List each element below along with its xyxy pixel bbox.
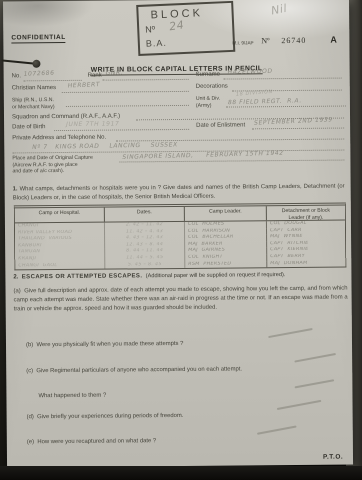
field-dob-value: JUNE 7TH 1917 [66,120,119,127]
field-address-value: Nº 7 KINGS ROAD LANCING SUSSEX [32,141,178,151]
pencil-dash [295,379,335,388]
question-2-heading: ESCAPES OR ATTEMPTED ESCAPES. [22,273,143,280]
questionnaire-page: CONFIDENTIAL BLOCK Nº 24 B.A. M.I. 9/JAP… [3,0,353,467]
question-2a: (a) Give full description and approx. da… [14,285,348,314]
question-2d: (d) Give briefly your experiences during… [27,412,184,422]
stamp-line3: B.A. [146,38,167,49]
confidential-marking: CONFIDENTIAL [11,34,65,43]
field-no-label: No. [12,73,21,79]
block-number-stamp: BLOCK Nº 24 B.A. [136,1,235,56]
field-surname-value: HAZELWOOD [228,68,273,76]
field-address-label: Private Address and Telephone No. [12,135,106,142]
header-camp: Camp or Hospital. [15,208,105,223]
question-2e: (e) How were you recaptured and on what … [27,437,156,447]
serial-suffix: A [330,35,337,45]
pencil-dash [294,353,336,362]
question-1-text: What camps, detachments or hospitals wer… [13,184,345,202]
field-no-value: 1072686 [23,70,54,78]
field-rank-label: Rank [88,73,102,79]
field-ship-label: Ship (R.N., U.S.N. or Merchant Navy) [12,97,55,110]
field-unit-value: 88 FIELD REGT. R.A. [228,97,302,106]
pencil-dash [257,426,297,435]
question-2-number: 2. [13,274,18,280]
question-2-heading-row: 2. ESCAPES OR ATTEMPTED ESCAPES. (Additi… [13,272,345,281]
serial-no-label: Nº [261,36,269,45]
header-leader: Camp Leader. [185,206,267,221]
stamp-block-number-handwritten: 24 [168,18,185,33]
form-reference: M.I. 9/JAP [232,40,253,45]
question-2a-text: Give full description and approx. date o… [14,286,348,313]
question-2c: (c) Give Regimental particulars of anyon… [26,365,242,376]
question-2a-label: (a) [14,288,21,294]
field-rank-value: GNR. [106,69,124,76]
serial-no-value: 26740 [281,36,306,45]
question-1: 1. What camps, detachments or hospitals … [13,183,345,204]
pto-marking: P.T.O. [323,454,343,461]
field-christian-names-value: HERBERT [68,81,101,89]
stamp-no-label: Nº [145,24,155,34]
question-2b: (b) Were you physically fit when you mad… [26,340,183,350]
field-dob-label: Date of Birth [12,124,45,130]
pencil-dash [277,400,322,410]
header-dates: Dates. [105,207,185,222]
field-surname-label: Surname [196,72,220,78]
photo-of-form: CONFIDENTIAL BLOCK Nº 24 B.A. M.I. 9/JAP… [0,0,362,480]
camps-table: Camp or Hospital. Dates. Camp Leader. De… [14,203,347,271]
field-christian-names-label: Christian Names [12,85,56,91]
question-1-number: 1. [13,186,18,192]
pencil-scribble: Nil [270,2,288,18]
field-enlistment-label: Date of Enlistment [196,122,245,128]
field-decorations-label: Decorations [196,84,228,90]
question-2-heading-note: (Additional paper will be supplied on re… [146,272,286,279]
question-2c2: What happened to them ? [38,392,106,401]
header-block: Detachment or Block Leader (if any). [267,206,345,221]
pencil-dash [268,328,313,338]
field-squadron-label: Squadron and Command (R.A.F., A.A.F.) [12,113,120,120]
field-capture-label: Place and Date of Original Capture (Airc… [12,155,93,175]
field-unit-label: Unit & Div. (Army) [196,96,220,109]
